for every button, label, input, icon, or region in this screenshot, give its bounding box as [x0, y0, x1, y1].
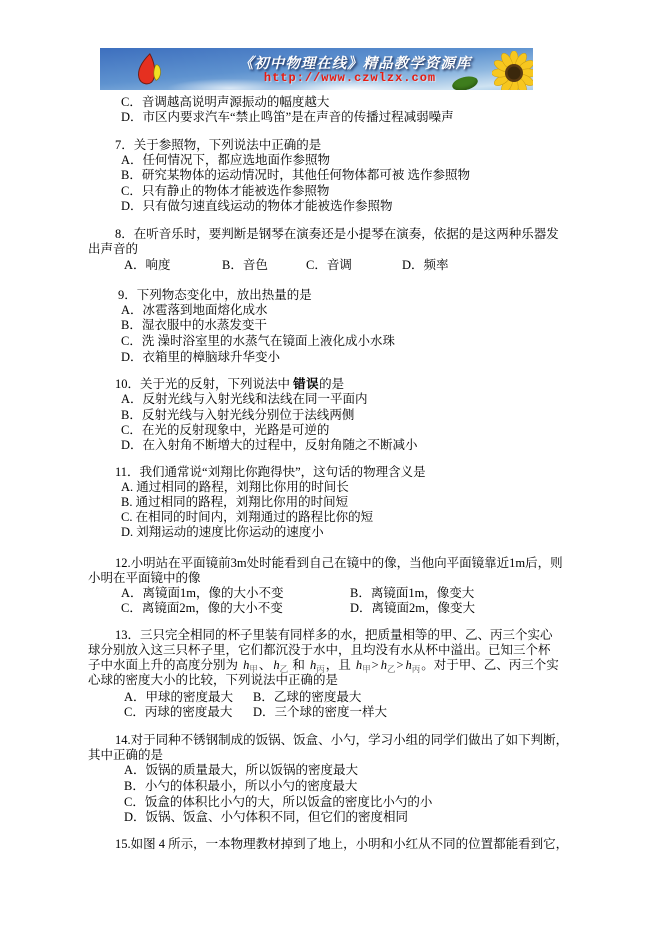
q13-option-c: C．丙球的密度最大	[124, 705, 232, 719]
q13-stem-line2: 球分别放入这三只杯子里，它们都沉没于水中，且均没有水从杯中溢出。已知三个杯	[0, 643, 661, 657]
q7-option-d: D．只有做匀速直线运动的物体才能被选作参照物	[0, 199, 661, 213]
q10-option-c: C．在光的反射现象中，光路是可逆的	[0, 423, 661, 437]
q12-option-b: B．离镜面1m，像变大	[350, 586, 474, 600]
q14-option-d: D．饭锅、饭盒、小勺体积不同，但它们的密度相同	[0, 810, 661, 824]
q6-option-d: D．市区内要求汽车“禁止鸣笛”是在声音的传播过程减弱噪声	[0, 110, 661, 124]
q7-option-a: A．任何情况下，都应选地面作参照物	[0, 153, 661, 167]
q8-option-c: C．音调	[306, 258, 352, 272]
q14-stem-line2: 其中正确的是	[0, 748, 661, 762]
q9-option-b: B．湿衣服中的水蒸发变干	[0, 318, 661, 332]
question-text: C．音调越高说明声源振动的幅度越大D．市区内要求汽车“禁止鸣笛”是在声音的传播过…	[0, 0, 661, 935]
document-page: 《初中物理在线》精品教学资源库 http://www.czwlzx.com C	[0, 0, 661, 935]
q15-stem: 15.如图 4 所示，一本物理教材掉到了地上，小明和小红从不同的位置都能看到它，	[0, 837, 661, 851]
q9-stem: 9．下列物态变化中，放出热量的是	[0, 288, 661, 302]
q9-option-d: D．衣箱里的樟脑球升华变小	[0, 350, 661, 364]
q12-option-a: A．离镜面1m，像的大小不变	[121, 586, 284, 600]
q12-option-c: C．离镜面2m，像的大小不变	[121, 601, 283, 615]
q13-option-a: A．甲球的密度最大	[124, 690, 233, 704]
q8-option-d: D．频率	[402, 258, 449, 272]
q14-option-b: B．小勺的体积最小，所以小勺的密度最大	[0, 779, 661, 793]
q8-stem-line1: 8．在听音乐时，要判断是钢琴在演奏还是小提琴在演奏，依据的是这两种乐器发	[0, 227, 661, 241]
q12-option-d: D．离镜面2m，像变大	[350, 601, 475, 615]
q13-stem-line4: 心球的密度大小的比较，下列说法中正确的是	[0, 673, 661, 687]
q11-option-a: A. 通过相同的路程，刘翔比你用的时间长	[0, 480, 661, 494]
q14-option-a: A．饭锅的质量最大，所以饭锅的密度最大	[0, 763, 661, 777]
q11-stem: 11．我们通常说“刘翔比你跑得快”，这句话的物理含义是	[0, 465, 661, 479]
q8-stem-line2: 出声音的	[0, 242, 661, 256]
q10-option-d: D．在入射角不断增大的过程中，反射角随之不断减小	[0, 438, 661, 452]
q10-option-b: B．反射光线与入射光线分别位于法线两侧	[0, 408, 661, 422]
q13-option-b: B．乙球的密度最大	[253, 690, 361, 704]
q11-option-c: C. 在相同的时间内，刘翔通过的路程比你的短	[0, 510, 661, 524]
q14-option-c: C．饭盒的体积比小勺的大，所以饭盒的密度比小勺的小	[0, 795, 661, 809]
q6-option-c: C．音调越高说明声源振动的幅度越大	[0, 95, 661, 109]
q11-option-d: D. 刘翔运动的速度比你运动的速度小	[0, 525, 661, 539]
q13-stem-line1: 13．三只完全相同的杯子里装有同样多的水，把质量相等的甲、乙、丙三个实心	[0, 628, 661, 642]
q10-stem: 10．关于光的反射，下列说法中 错误的是	[0, 377, 661, 391]
q14-stem-line1: 14.对于同种不锈钢制成的饭锅、饭盒、小勺，学习小组的同学们做出了如下判断，	[0, 733, 661, 747]
q7-option-c: C．只有静止的物体才能被选作参照物	[0, 184, 661, 198]
q7-stem: 7．关于参照物，下列说法中正确的是	[0, 138, 661, 152]
q9-option-c: C．洗 澡时浴室里的水蒸气在镜面上液化成小水珠	[0, 334, 661, 348]
q12-stem-line2: 小明在平面镜中的像	[0, 571, 661, 585]
q11-option-b: B. 通过相同的路程，刘翔比你用的时间短	[0, 495, 661, 509]
q9-option-a: A．冰雹落到地面熔化成水	[0, 303, 661, 317]
q13-option-d: D．三个球的密度一样大	[253, 705, 387, 719]
q10-option-a: A．反射光线与入射光线和法线在同一平面内	[0, 392, 661, 406]
q12-stem-line1: 12.小明站在平面镜前3m处时能看到自己在镜中的像，当他向平面镜靠近1m后，则	[0, 556, 661, 570]
q7-option-b: B．研究某物体的运动情况时，其他任何物体都可被 选作参照物	[0, 168, 661, 182]
q8-option-a: A．响度	[124, 258, 171, 272]
q8-option-b: B．音色	[222, 258, 268, 272]
